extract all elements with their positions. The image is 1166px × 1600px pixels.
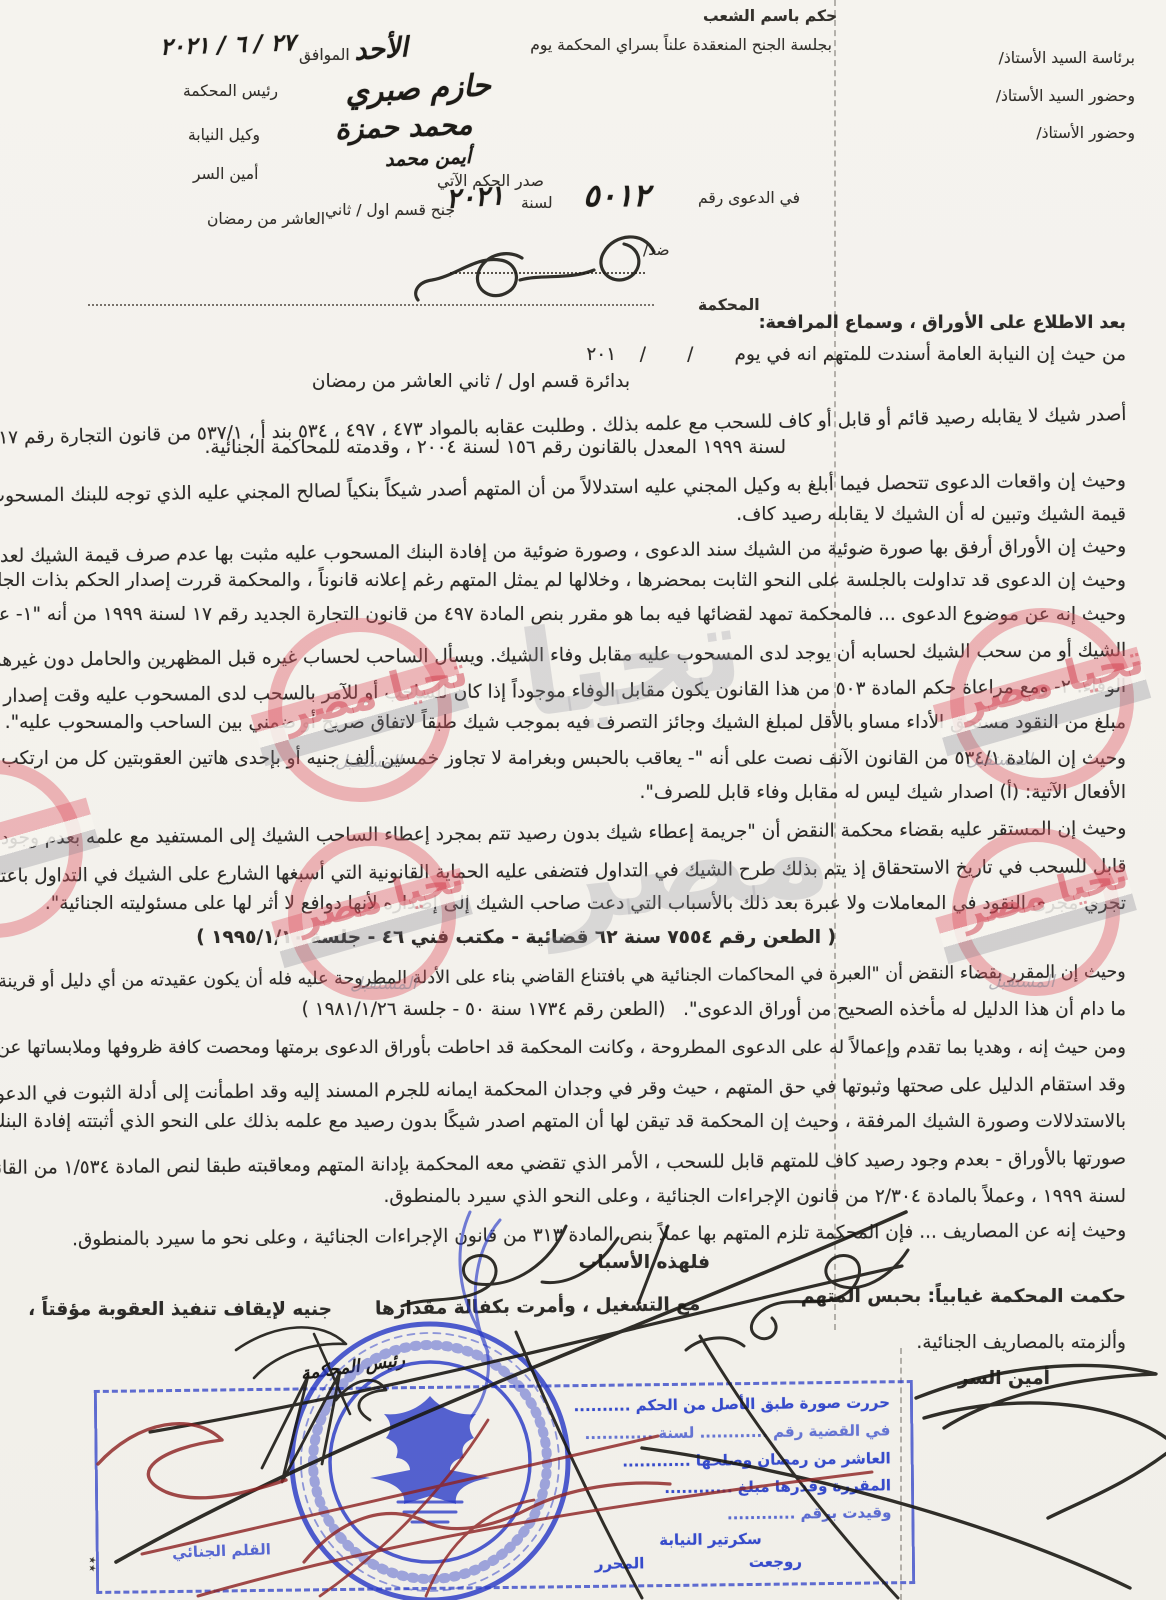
role-prosecutor: وكيل النيابة <box>188 126 260 144</box>
verdict-line: جنيه لإيقاف تنفيذ العقوبة مؤقتاً ، <box>28 1299 332 1320</box>
stamp-box-line: حررت صورة طبق الأصل من الحكم .......... <box>573 1393 890 1415</box>
case-year-label: لسنة <box>521 194 553 212</box>
court-judgment-scan: حكم باسم الشعب بجلسة الجنح المنعقدة علنا… <box>0 0 1166 1600</box>
body-line: بالاستدلالات وصورة الشيك المرفقة ، وحيث … <box>0 1111 1126 1132</box>
body-line: وحيث إن المادة ٥٣٤/١ من القانون الآنف نص… <box>0 748 1126 769</box>
body-line: وحيث إن الدعوى قد تداولت بالجلسة على الن… <box>0 570 1126 591</box>
stamp-box-line: المقررة وقدرها مبلغ ............ <box>664 1476 891 1497</box>
corresponding-label: الموافق <box>299 46 350 64</box>
judge-name-handwritten: حازم صبري <box>344 68 491 111</box>
session-line: بجلسة الجنح المنعقدة علناً بسراي المحكمة… <box>530 36 832 54</box>
court-heading: المحكمة <box>698 296 760 314</box>
session-day-handwritten: الأحد <box>353 32 409 67</box>
banner-title: حكم باسم الشعب <box>703 7 837 25</box>
body-line: وحيث إنه عن المصاريف ... فإن المحكمة تلز… <box>72 1220 1126 1250</box>
body-line: وحيث إن الأوراق أرفق بها صورة ضوئية من ا… <box>0 536 1126 568</box>
body-line: لسنة ١٩٩٩ المعدل بالقانون رقم ١٥٦ لسنة ٢… <box>205 437 786 458</box>
stamp-box-line: العاشر من رمضان وصلحها ............ <box>622 1449 891 1470</box>
attendance1-label: وحضور السيد الأستاذ/ <box>996 87 1135 105</box>
stamp-box-clerk-note: القلم الجنائي <box>172 1540 271 1561</box>
body-line: وحيث إن المقرر بقضاء النقض أن "العبرة في… <box>0 962 1126 993</box>
body-line: وقد استقام الدليل على صحتها وثبوتها في ح… <box>0 1074 1126 1106</box>
defendant-signature <box>416 237 654 300</box>
attendance2-label: وحضور الأستاذ/ <box>1036 124 1135 142</box>
body-line: من حيث إن النيابة العامة أسندت للمتهم ان… <box>586 344 1126 365</box>
verdict-line: حكمت المحكمة غيابياً: بحبس المتهم <box>801 1286 1126 1307</box>
stamp-box-line: في القضية رقم ............ لسنة ........… <box>584 1421 890 1443</box>
versus-label: ضد/ <box>643 241 670 259</box>
case-number-handwritten: ٥٠١٢ <box>583 178 650 214</box>
session-date-handwritten: ٢٧ / ٦ / ٢٠٢١ <box>160 30 296 61</box>
watermark-ghost-word: مصر <box>538 776 837 954</box>
presiding-label: برئاسة السيد الأستاذ/ <box>999 49 1135 67</box>
reasons-heading: فلهذه الأسباب <box>579 1252 710 1273</box>
secretary-signoff-label: أمين السر <box>958 1368 1050 1389</box>
stamp-box-line: وقيدت برقم ............ <box>727 1503 892 1523</box>
body-line: لسنة ١٩٩٩ ، وعملاً بالمادة ٢/٣٠٤ من قانو… <box>383 1186 1126 1207</box>
body-line: قيمة الشيك وتبين له أن الشيك لا يقابله ر… <box>736 504 1126 525</box>
verdict-line: وألزمته بالمصاريف الجنائية. <box>916 1332 1126 1353</box>
clerk-name-handwritten: أيمن محمد <box>385 146 472 171</box>
body-line: ومن حيث إنه ، وهديا بما تقدم وإعمالاً له… <box>0 1037 1126 1058</box>
stamp-box-line: روجعت المحرر <box>595 1552 802 1573</box>
body-intro: بعد الاطلاع على الأوراق ، وسماع المرافعة… <box>759 313 1126 333</box>
case-number-prefix: في الدعوى رقم <box>698 189 800 207</box>
prosecutor-name-handwritten: محمد حمزة <box>335 108 473 146</box>
body-line: وحيث إن واقعات الدعوى تتحصل فيما أبلغ به… <box>0 470 1126 508</box>
stamp-box-line: سكرتير النيابة <box>659 1530 762 1549</box>
watermark-subtitle: المستقبل <box>350 974 417 994</box>
defendant-name-dots-long <box>88 304 654 306</box>
chief-judge-handwritten-label: رئيس المحكمة <box>300 1350 406 1384</box>
role-secretary: أمين السر <box>193 165 258 183</box>
role-chief-judge: رئيس المحكمة <box>183 82 278 100</box>
watermark-subtitle: المستقبل <box>335 752 402 772</box>
body-line: صورتها بالأوراق - بعدم وجود رصيد كاف للم… <box>0 1148 1126 1180</box>
body-line: ما دام أن هذا الدليل له مأخذه الصحيح من … <box>302 999 1126 1020</box>
verdict-line: مع التشغيل ، وأمرت بكفالة مقدارها <box>375 1294 701 1320</box>
case-type: جنح قسم اول / ثاني <box>325 201 455 219</box>
defendant-name-dots-short <box>450 272 645 274</box>
certification-stamp-box: حررت صورة طبق الأصل من الحكم .......... … <box>94 1380 915 1594</box>
watermark-subtitle: المستقبل <box>966 750 1033 770</box>
case-district: العاشر من رمضان <box>207 210 325 228</box>
watermark-subtitle: المستقبل <box>988 972 1055 992</box>
body-line: بدائرة قسم اول / ثاني العاشر من رمضان <box>312 371 630 392</box>
